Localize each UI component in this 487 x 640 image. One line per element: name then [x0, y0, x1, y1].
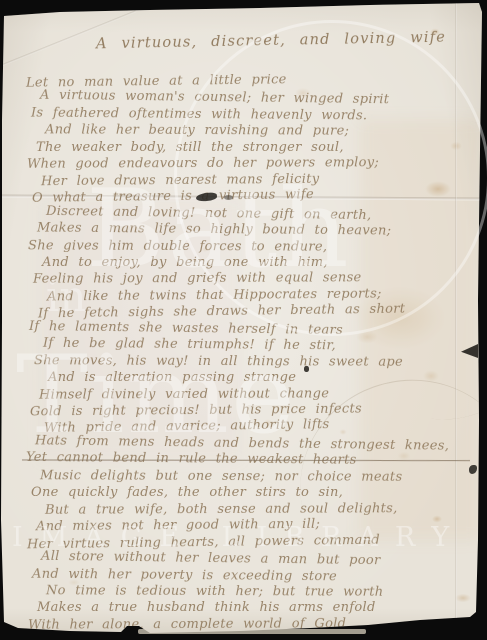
poem-line: When good endeavours do her powers emplo… [27, 155, 379, 172]
poem-line: The weaker body, still the stronger soul… [36, 140, 344, 155]
poem-line: Makes a true husband think his arms enfo… [37, 600, 376, 615]
poem-line: Discreet and loving! not one gift on ear… [46, 203, 372, 222]
poem-line: Music delights but one sense; nor choice… [40, 468, 402, 485]
photo-background: A virtuous, discreet, and loving wife Le… [0, 0, 487, 640]
manuscript-title: A virtuous, discreet, and loving wife [96, 30, 446, 53]
poem-line: One quickly fades, the other stirs to si… [31, 485, 343, 500]
poem-line: Her love draws nearest mans felicity [41, 171, 320, 188]
poem-line: She moves, his way! in all things his sw… [34, 353, 403, 370]
poem-line: Is feathered oftentimes with heavenly wo… [31, 105, 367, 123]
manuscript-paper: A virtuous, discreet, and loving wife Le… [0, 0, 487, 640]
poem-line: If he fetch sighs she draws her breath a… [38, 302, 405, 322]
poem-line: And is alteration passing strange [48, 370, 296, 385]
poem-line: No time is tedious with her; but true wo… [46, 583, 383, 599]
poem-line: All store without her leaves a man but p… [41, 549, 381, 568]
poem-line: She gives him double forces to endure, [28, 238, 327, 254]
poem-line: O what a treasure is a virtuous wife [32, 187, 314, 206]
poem-line: If he laments she wastes herself in tear… [29, 319, 343, 338]
poem-line: And mixes not her good with any ill; [36, 517, 320, 534]
poem-line: If he be glad she triumphs! if he stir, [43, 336, 336, 354]
poem-line: But a true wife, both sense and soul del… [45, 501, 398, 518]
poem-line: And to enjoy, by being one with him, [42, 255, 328, 270]
poem-line: And like her beauty ravishing and pure; [45, 123, 349, 139]
poem-line: Himself divinely varied without change [39, 386, 329, 402]
poem-text: Let no man value at a little priceA virt… [0, 70, 487, 630]
poem-line: Makes a mans life so highly bound to hea… [37, 221, 391, 239]
poem-line: Feeling his joy and griefs with equal se… [33, 271, 362, 287]
poem-line: A virtuous woman's counsel; her winged s… [40, 88, 389, 108]
poem-line: Yet cannot bend in rule the weakest hear… [26, 450, 487, 469]
poem-line: And with her poverty is exceeding store [32, 566, 337, 584]
